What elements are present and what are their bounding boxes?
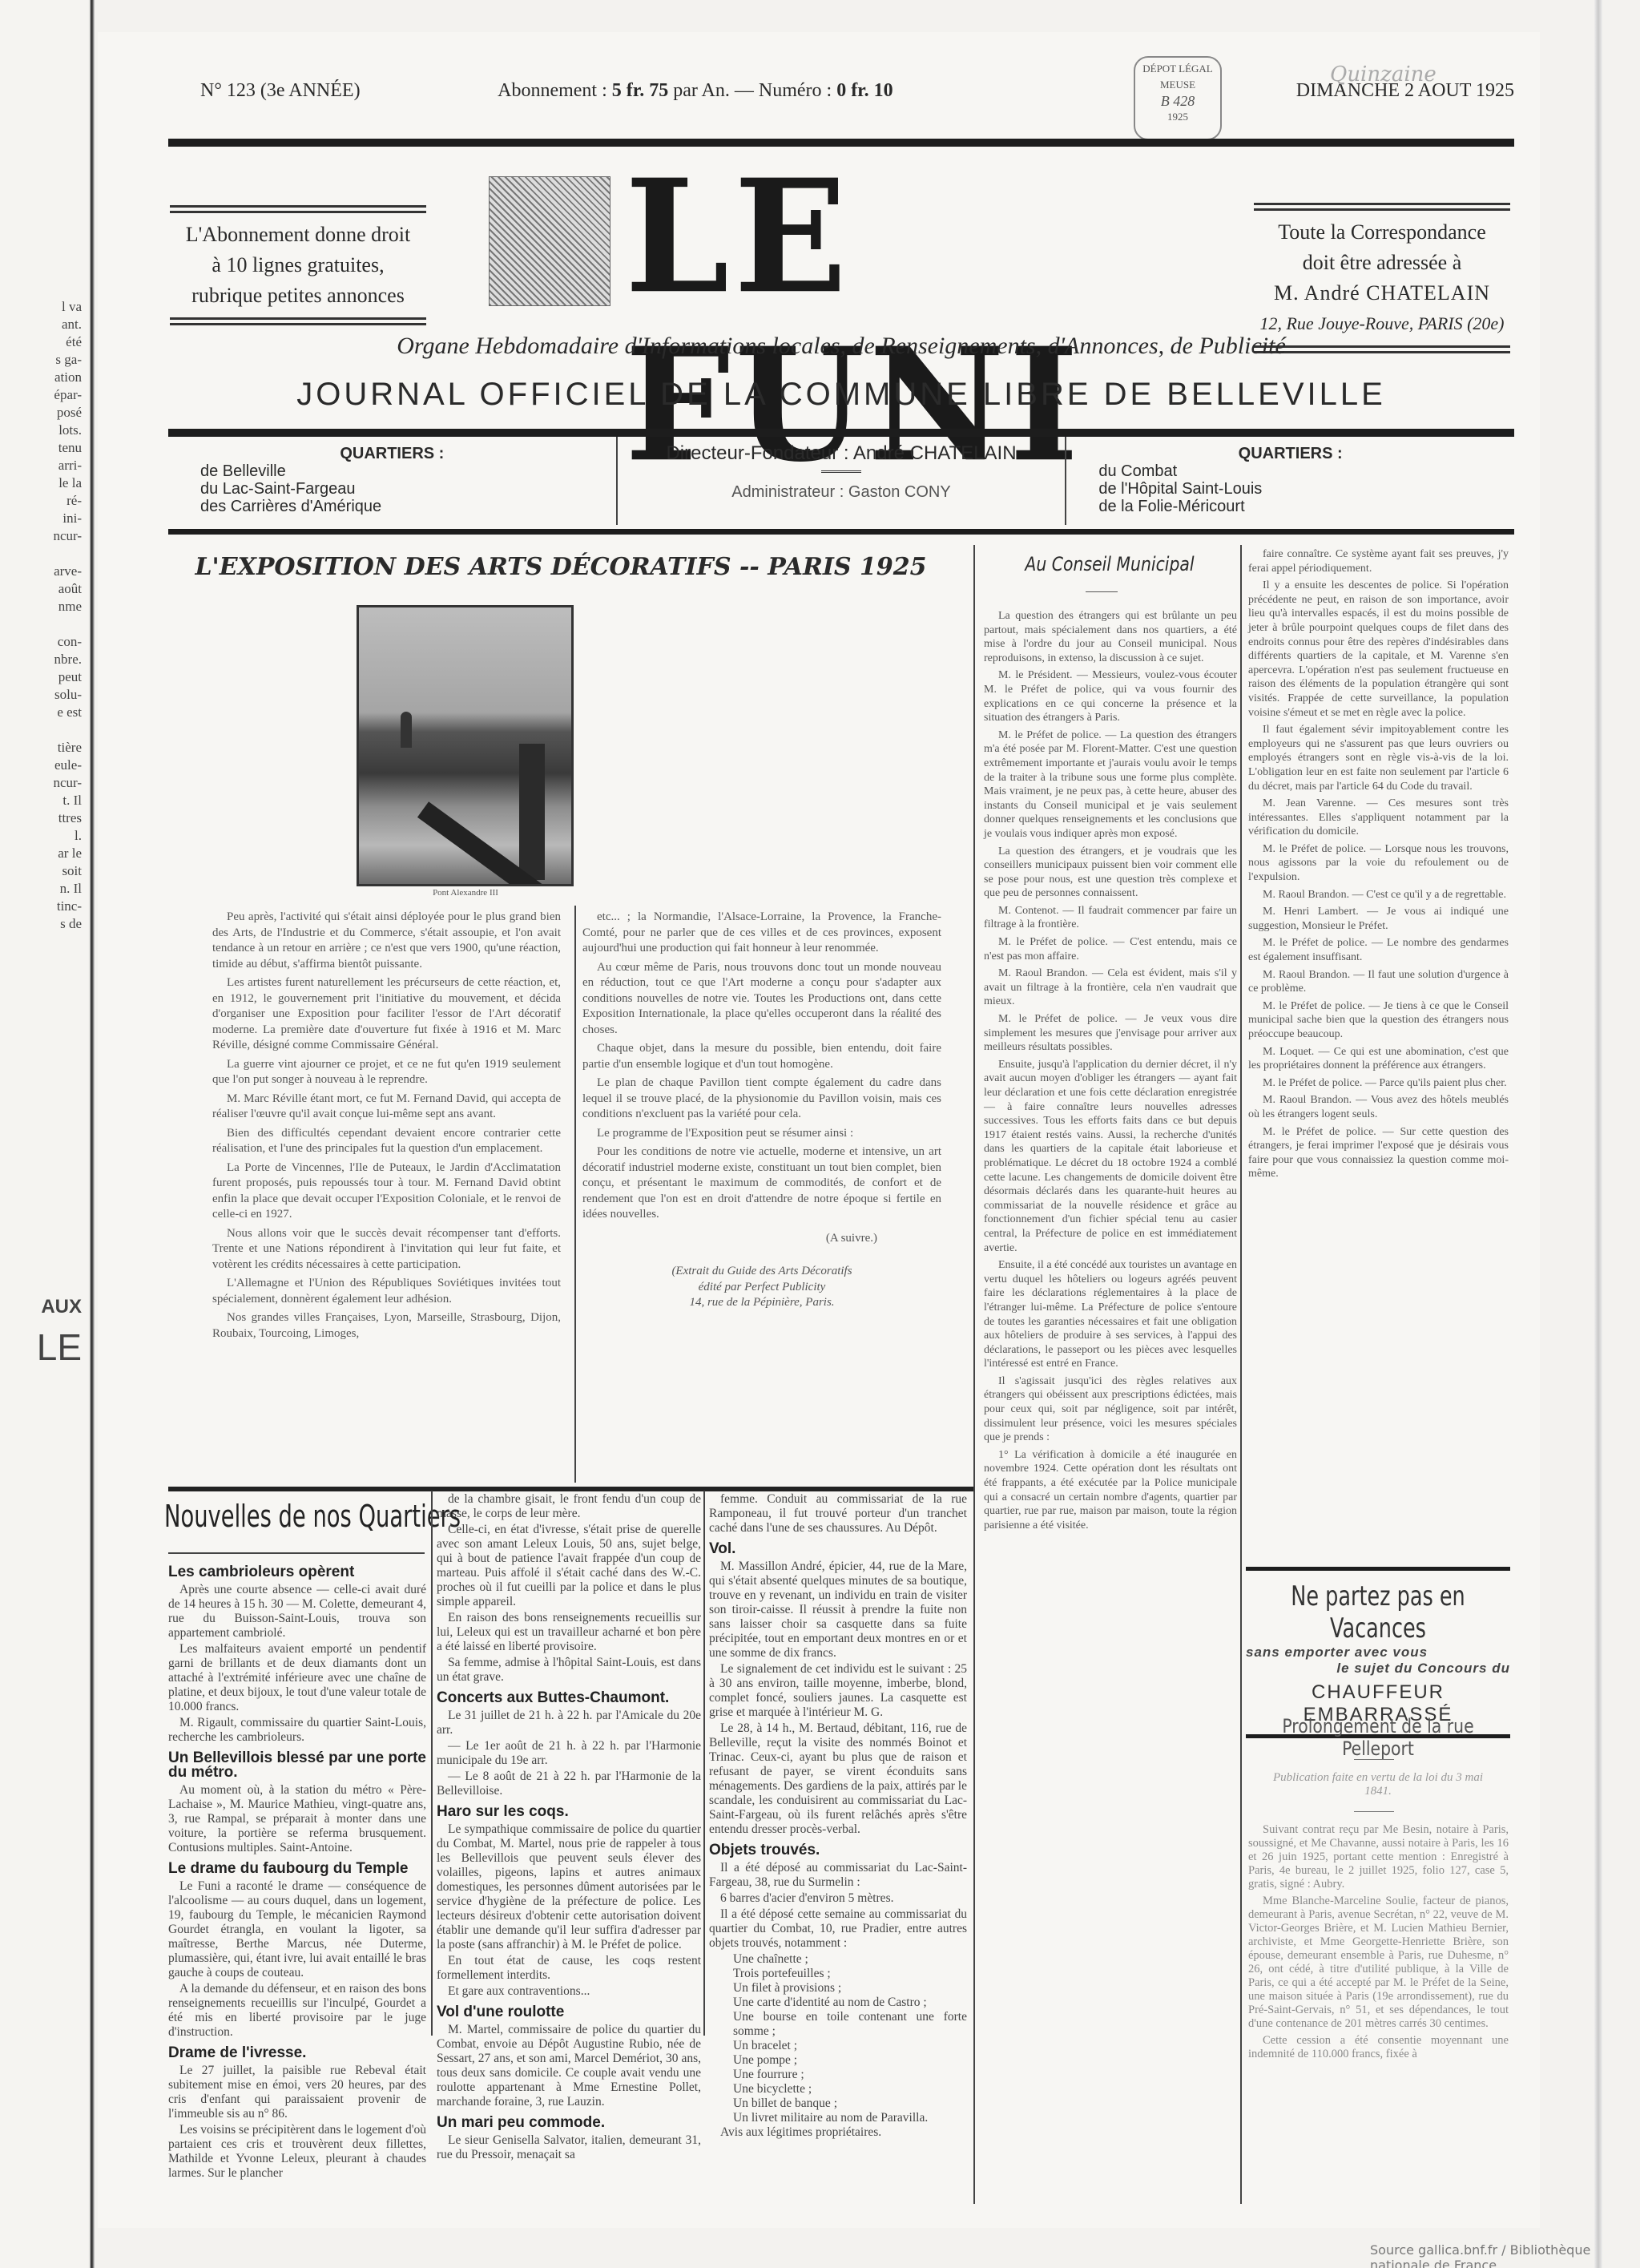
section-rule	[168, 1487, 973, 1491]
list-item: Trois portefeuilles ;	[709, 1967, 967, 1981]
divider	[1354, 1759, 1394, 1760]
pelleport-subhead: Publication faite en vertu de la loi du …	[1266, 1771, 1490, 1798]
issue-info-line: N° 123 (3e ANNÉE) Abonnement : 5 fr. 75 …	[200, 80, 1514, 102]
pont-alexandre-photo	[357, 605, 574, 886]
funicular-illustration	[489, 176, 610, 306]
legal-deposit-stamp: DÉPOT LÉGALMEUSE B 4281925	[1134, 56, 1222, 140]
paragraph: M. Raoul Brandon. — C'est ce qu'il y a d…	[1248, 888, 1509, 902]
paragraph: M. le Préfet de police. — Parce qu'ils p…	[1248, 1076, 1509, 1091]
paragraph: M. le Préfet de police. — C'est entendu,…	[984, 935, 1237, 963]
exposition-headline: L'EXPOSITION DES ARTS DÉCORATIFS -- PARI…	[176, 553, 945, 581]
paragraph: M. Rigault, commissaire du quartier Sain…	[168, 1716, 426, 1745]
photo-caption: Pont Alexandre III	[357, 888, 574, 898]
paragraph: M. Loquet. — Ce qui est une abomination,…	[1248, 1045, 1509, 1073]
conseil-column-2: faire connaître. Ce système ayant fait s…	[1248, 547, 1509, 1184]
paragraph: Pour les conditions de notre vie actuell…	[582, 1144, 941, 1223]
paragraph: Avis aux légitimes propriétaires.	[709, 2125, 967, 2140]
subscription-info: Abonnement : 5 fr. 75 par An. — Numéro :…	[498, 80, 893, 102]
list-item: Une chaînette ;	[709, 1952, 967, 1967]
previous-page-text: l va ant. été s ga- ation épar- posé lot…	[53, 298, 82, 933]
vacances-ad: Ne partez pas en Vacances sans emporter …	[1246, 1567, 1510, 1738]
news-item-title: Les cambrioleurs opèrent	[168, 1565, 426, 1580]
paragraph: Le sieur Genisella Salvator, italien, de…	[437, 2133, 701, 2162]
paragraph: La question des étrangers, et je voudrai…	[984, 845, 1237, 901]
news-item-title: Vol.	[709, 1542, 967, 1556]
list-item: Un livret militaire au nom de Paravilla.	[709, 2111, 967, 2125]
paragraph: M. le Préfet de police. — Je tiens à ce …	[1248, 999, 1509, 1042]
column-divider	[431, 1491, 433, 2036]
paragraph: Au cœur même de Paris, nous trouvons don…	[582, 960, 941, 1039]
news-item-title: Vol d'une roulotte	[437, 2005, 701, 2020]
paragraph: Il a été déposé cette semaine au commiss…	[709, 1907, 967, 1951]
nouvelles-column-3: femme. Conduit au commissariat de la rue…	[709, 1492, 967, 2141]
paragraph: M. le Préfet de police. — Lorsque nous l…	[1248, 842, 1509, 885]
paragraph: faire connaître. Ce système ayant fait s…	[1248, 547, 1509, 575]
paragraph: Mme Blanche-Marceline Soulie, facteur de…	[1248, 1895, 1509, 2031]
paragraph: Bien des difficultés cependant devaient …	[212, 1126, 561, 1157]
paragraph: de la chambre gisait, le front fendu d'u…	[437, 1492, 701, 1521]
masthead: LE FUNI	[497, 160, 1074, 321]
paragraph: 6 barres d'acier d'environ 5 mètres.	[709, 1891, 967, 1906]
column-divider	[1240, 545, 1242, 2204]
list-item: Une fourrure ;	[709, 2068, 967, 2082]
paragraph: M. Henri Lambert. — Je vous ai indiqué u…	[1248, 905, 1509, 933]
paragraph: En raison des bons renseignements recuei…	[437, 1611, 701, 1654]
paragraph: Le sympathique commissaire de police du …	[437, 1822, 701, 1952]
previous-page-word: AUX	[41, 1298, 82, 1316]
paragraph: Le plan de chaque Pavillon tient compte …	[582, 1075, 941, 1123]
paragraph: M. Massillon André, épicier, 44, rue de …	[709, 1560, 967, 1661]
paragraph: M. Contenot. — Il faudrait commencer par…	[984, 904, 1237, 932]
exposition-column-2: etc... ; la Normandie, l'Alsace-Lorraine…	[582, 910, 941, 1311]
paragraph: Le 27 juillet, la paisible rue Rebeval é…	[168, 2064, 426, 2121]
paragraph: Nos grandes villes Françaises, Lyon, Mar…	[212, 1310, 561, 1342]
paragraph: Celle-ci, en état d'ivresse, s'était pri…	[437, 1523, 701, 1609]
list-item: Une bicyclette ;	[709, 2082, 967, 2096]
list-item: Un filet à provisions ;	[709, 1981, 967, 1996]
paragraph: — Le 1er août de 21 h. à 22 h. par l'Har…	[437, 1739, 701, 1768]
paragraph: M. Jean Varenne. — Ces mesures sont très…	[1248, 797, 1509, 839]
previous-page-sliver: l va ant. été s ga- ation épar- posé lot…	[0, 0, 88, 2268]
conseil-headline: Au Conseil Municipal	[1001, 553, 1219, 575]
news-item-title: Un mari peu commode.	[437, 2116, 701, 2130]
paragraph: Les malfaiteurs avaient emporté un pende…	[168, 1642, 426, 1714]
paragraph: Le Funi a raconté le drame — conséquence…	[168, 1879, 426, 1980]
paragraph: M. le Préfet de police. — Je veux vous d…	[984, 1012, 1237, 1055]
exposition-column-1: Peu après, l'activité qui s'était ainsi …	[212, 910, 561, 1345]
paragraph: La Porte de Vincennes, l'Ile de Puteaux,…	[212, 1160, 561, 1223]
column-divider	[574, 906, 576, 1483]
paragraph: Nous allons voir que le succès devait ré…	[212, 1226, 561, 1273]
subscription-box: L'Abonnement donne droit à 10 lignes gra…	[170, 199, 426, 332]
paragraph: Suivant contrat reçu par Me Besin, notai…	[1248, 1823, 1509, 1891]
divider	[1086, 591, 1118, 592]
news-item-title: Concerts aux Buttes-Chaumont.	[437, 1691, 701, 1705]
page-edge	[1594, 0, 1602, 2268]
paragraph: M. Raoul Brandon. — Cela est évident, ma…	[984, 967, 1237, 1009]
pelleport-text: Suivant contrat reçu par Me Besin, notai…	[1248, 1823, 1509, 2064]
divider	[168, 1552, 425, 1554]
paragraph: Il faut également sévir impitoyablement …	[1248, 723, 1509, 793]
paragraph: Il y a ensuite les descentes de police. …	[1248, 579, 1509, 720]
paragraph: Il s'agissait jusqu'ici des règles relat…	[984, 1374, 1237, 1445]
paragraph: Sa femme, admise à l'hôpital Saint-Louis…	[437, 1656, 701, 1685]
paragraph: M. Marc Réville étant mort, ce fut M. Fe…	[212, 1092, 561, 1123]
director-info: Directeur-Fondateur : André CHATELAIN Ad…	[616, 437, 1066, 525]
list-item: Une bourse en toile contenant une forte …	[709, 2010, 967, 2039]
news-item-title: Haro sur les coqs.	[437, 1805, 701, 1819]
paragraph: A la demande du défenseur, et en raison …	[168, 1982, 426, 2040]
news-item-title: Drame de l'ivresse.	[168, 2046, 426, 2060]
paragraph: Chaque objet, dans la mesure du possible…	[582, 1041, 941, 1072]
paragraph: M. le Préfet de police. — La question de…	[984, 728, 1237, 841]
quartiers-right: QUARTIERS : du Combat de l'Hôpital Saint…	[1065, 437, 1514, 525]
news-item-title: Objets trouvés.	[709, 1843, 967, 1858]
list-item: Un bracelet ;	[709, 2039, 967, 2053]
paragraph: Après une courte absence — celle-ci avai…	[168, 1583, 426, 1640]
paragraph: Les voisins se précipitèrent dans le log…	[168, 2123, 426, 2181]
pelleport-headline: Prolongement de la rue Pelleport	[1266, 1715, 1491, 1760]
paragraph: L'Allemagne et l'Union des Républiques S…	[212, 1276, 561, 1307]
paragraph: Le 31 juillet de 21 h. à 22 h. par l'Ami…	[437, 1709, 701, 1737]
paragraph: Il a été déposé au commissariat du Lac-S…	[709, 1861, 967, 1890]
paragraph: Ensuite, il a été concédé aux touristes …	[984, 1258, 1237, 1371]
news-item-title: Un Bellevillois blessé par une porte du …	[168, 1751, 426, 1780]
nouvelles-column-2: de la chambre gisait, le front fendu d'u…	[437, 1492, 701, 2164]
list-item: Une carte d'identité au nom de Castro ;	[709, 1996, 967, 2010]
quartiers-left: QUARTIERS : de Belleville du Lac-Saint-F…	[168, 437, 616, 525]
list-item: Un billet de banque ;	[709, 2096, 967, 2111]
paragraph: M. le Préfet de police. — Sur cette ques…	[1248, 1125, 1509, 1181]
nouvelles-column-1: Les cambrioleurs opèrentAprès une courte…	[168, 1559, 426, 2182]
newspaper-subtitle: Organe Hebdomadaire d'Informations local…	[160, 333, 1522, 360]
handwritten-note: Quinzaine	[1330, 63, 1437, 87]
quartiers-info-bar: QUARTIERS : de Belleville du Lac-Saint-F…	[168, 437, 1514, 525]
divider	[1354, 1811, 1394, 1812]
paragraph: Ensuite, jusqu'à l'application du dernie…	[984, 1058, 1237, 1255]
paragraph: La guerre vint ajourner ce projet, et ce…	[212, 1057, 561, 1088]
paragraph: etc... ; la Normandie, l'Alsace-Lorraine…	[582, 910, 941, 957]
paragraph: femme. Conduit au commissariat de la rue…	[709, 1492, 967, 1536]
journal-official-line: JOURNAL OFFICIEL DE LA COMMUNE LIBRE DE …	[160, 377, 1522, 413]
column-divider	[703, 1491, 705, 2036]
masthead-rule	[168, 429, 1514, 437]
list-item: Une pompe ;	[709, 2053, 967, 2068]
paragraph: M. le Président. — Messieurs, voulez-vou…	[984, 668, 1237, 724]
source-credit: Source gallica.bnf.fr / Bibliothèque nat…	[1370, 2242, 1640, 2268]
news-item-title: Le drame du faubourg du Temple	[168, 1862, 426, 1876]
paragraph: — Le 8 août de 21 à 22 h. par l'Harmonie…	[437, 1770, 701, 1798]
conseil-column-1: La question des étrangers qui est brûlan…	[984, 609, 1237, 1536]
nouvelles-headline: Nouvelles de nos Quartiers	[164, 1499, 361, 1534]
paragraph: Cette cession a été consentie moyennant …	[1248, 2034, 1509, 2061]
paragraph: En tout état de cause, les coqs restent …	[437, 1954, 701, 1983]
paragraph: La question des étrangers qui est brûlan…	[984, 609, 1237, 665]
paragraph: Et gare aux contraventions...	[437, 1984, 701, 1999]
binding-spine	[90, 0, 95, 2268]
paragraph: M. Martel, commissaire de police du quar…	[437, 2023, 701, 2109]
column-divider	[973, 545, 975, 2204]
paragraph: M. Raoul Brandon. — Il faut une solution…	[1248, 968, 1509, 996]
paragraph: Les artistes furent naturellement les pr…	[212, 975, 561, 1054]
paragraph: Le 28, à 14 h., M. Bertaud, débitant, 11…	[709, 1721, 967, 1837]
infobar-rule	[168, 529, 1514, 535]
paragraph: M. le Préfet de police. — Le nombre des …	[1248, 936, 1509, 964]
paragraph: Le signalement de cet individu est le su…	[709, 1662, 967, 1720]
paragraph: Au moment où, à la station du métro « Pè…	[168, 1783, 426, 1855]
paragraph: M. Raoul Brandon. — Vous avez des hôtels…	[1248, 1093, 1509, 1121]
paragraph: Le programme de l'Exposition peut se rés…	[582, 1126, 941, 1142]
issue-number: N° 123 (3e ANNÉE)	[200, 80, 361, 102]
paragraph: 1° La vérification à domicile a été inau…	[984, 1448, 1237, 1533]
previous-page-word: LE	[37, 1338, 82, 1356]
paragraph: Peu après, l'activité qui s'était ainsi …	[212, 910, 561, 972]
